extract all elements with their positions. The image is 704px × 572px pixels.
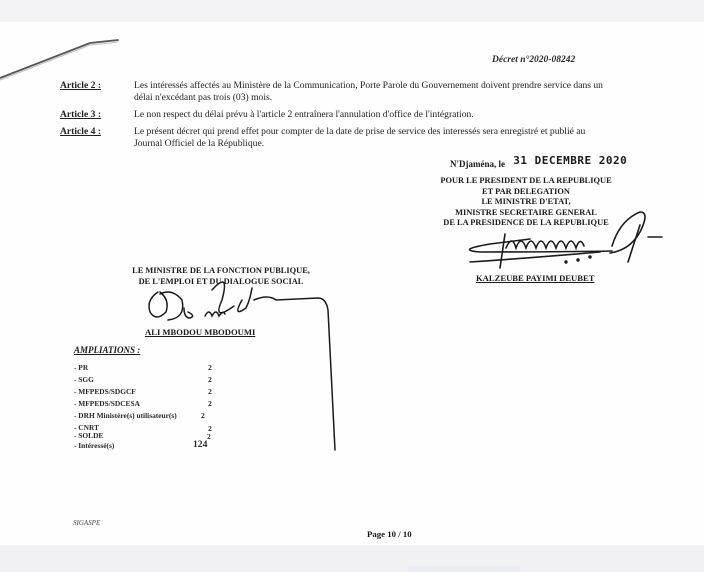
ampliation-qty: 2: [208, 375, 212, 384]
minister-title-block: LE MINISTRE DE LA FONCTION PUBLIQUE, DE …: [112, 266, 330, 288]
page-number: Page 10 / 10: [367, 529, 412, 539]
article-label: Article 2 :: [60, 80, 134, 103]
article-2: Article 2 : Les intéressés affectés au M…: [60, 80, 650, 103]
date-stamp: 31 DECEMBRE 2020: [513, 154, 627, 167]
ampliation-item: - PR: [74, 363, 88, 372]
article-line: Journal Officiel de la République.: [134, 138, 650, 150]
place-label: N'Djaména, le: [450, 159, 505, 169]
ampliation-qty: 2: [208, 399, 212, 408]
ampliation-qty: 2: [208, 387, 212, 396]
president-delegation-block: POUR LE PRESIDENT DE LA REPUBLIQUE ET PA…: [430, 176, 622, 229]
title-line: ET PAR DELEGATION: [430, 187, 622, 198]
title-line: DE L'EMPLOI ET DU DIALOGUE SOCIAL: [112, 277, 330, 288]
place-date: N'Djaména, le 31 DECEMBRE 2020: [450, 157, 627, 170]
ampliation-qty: 2: [201, 411, 205, 420]
ampliation-item: - SGG: [74, 375, 94, 384]
article-4: Article 4 : Le présent décret qui prend …: [60, 126, 650, 149]
ampliation-item: - DRH Ministère(s) utilisateur(s): [74, 411, 177, 420]
article-line: Le non respect du délai prévu à l'articl…: [134, 109, 650, 121]
ampliation-item: - MFPEDS/SDGCF: [74, 387, 136, 396]
article-line: Le présent décret qui prend effet pour c…: [134, 126, 650, 138]
decree-reference: Décret n°2020-08242: [492, 55, 575, 65]
ampliation-qty: 124: [193, 439, 207, 450]
ampliation-item: - MFPEDS/SDCESA: [74, 399, 140, 408]
title-line: DE LA PRESIDENCE DE LA REPUBLIQUE: [430, 218, 622, 229]
ampliation-qty: 2: [208, 363, 212, 372]
article-text: Le présent décret qui prend effet pour c…: [134, 126, 650, 149]
ampliation-qty: 2: [207, 432, 211, 441]
article-3: Article 3 : Le non respect du délai prév…: [60, 109, 650, 121]
title-line: MINISTRE SECRETAIRE GENERAL: [430, 208, 622, 219]
title-line: LE MINISTRE D'ETAT,: [430, 197, 622, 208]
ampliations-title: AMPLIATIONS :: [74, 345, 140, 355]
left-signatory-name: ALI MBODOU MBODOUMI: [145, 327, 255, 337]
article-label: Article 3 :: [60, 109, 134, 121]
article-line: Les intéressés affectés au Ministère de …: [134, 80, 650, 92]
ampliation-item: - Intéressé(s): [74, 441, 114, 450]
article-line: délai n'excédant pas trois (03) mois.: [134, 92, 650, 104]
article-text: Le non respect du délai prévu à l'articl…: [134, 109, 650, 121]
title-line: POUR LE PRESIDENT DE LA REPUBLIQUE: [430, 176, 622, 187]
right-signatory-name: KALZEUBE PAYIMI DEUBET: [476, 273, 594, 283]
article-label: Article 4 :: [60, 126, 134, 149]
footer-org-label: SIGASPE: [73, 519, 100, 527]
article-text: Les intéressés affectés au Ministère de …: [134, 80, 650, 103]
ampliation-item: - SOLDE: [74, 431, 103, 440]
title-line: LE MINISTRE DE LA FONCTION PUBLIQUE,: [112, 266, 330, 277]
